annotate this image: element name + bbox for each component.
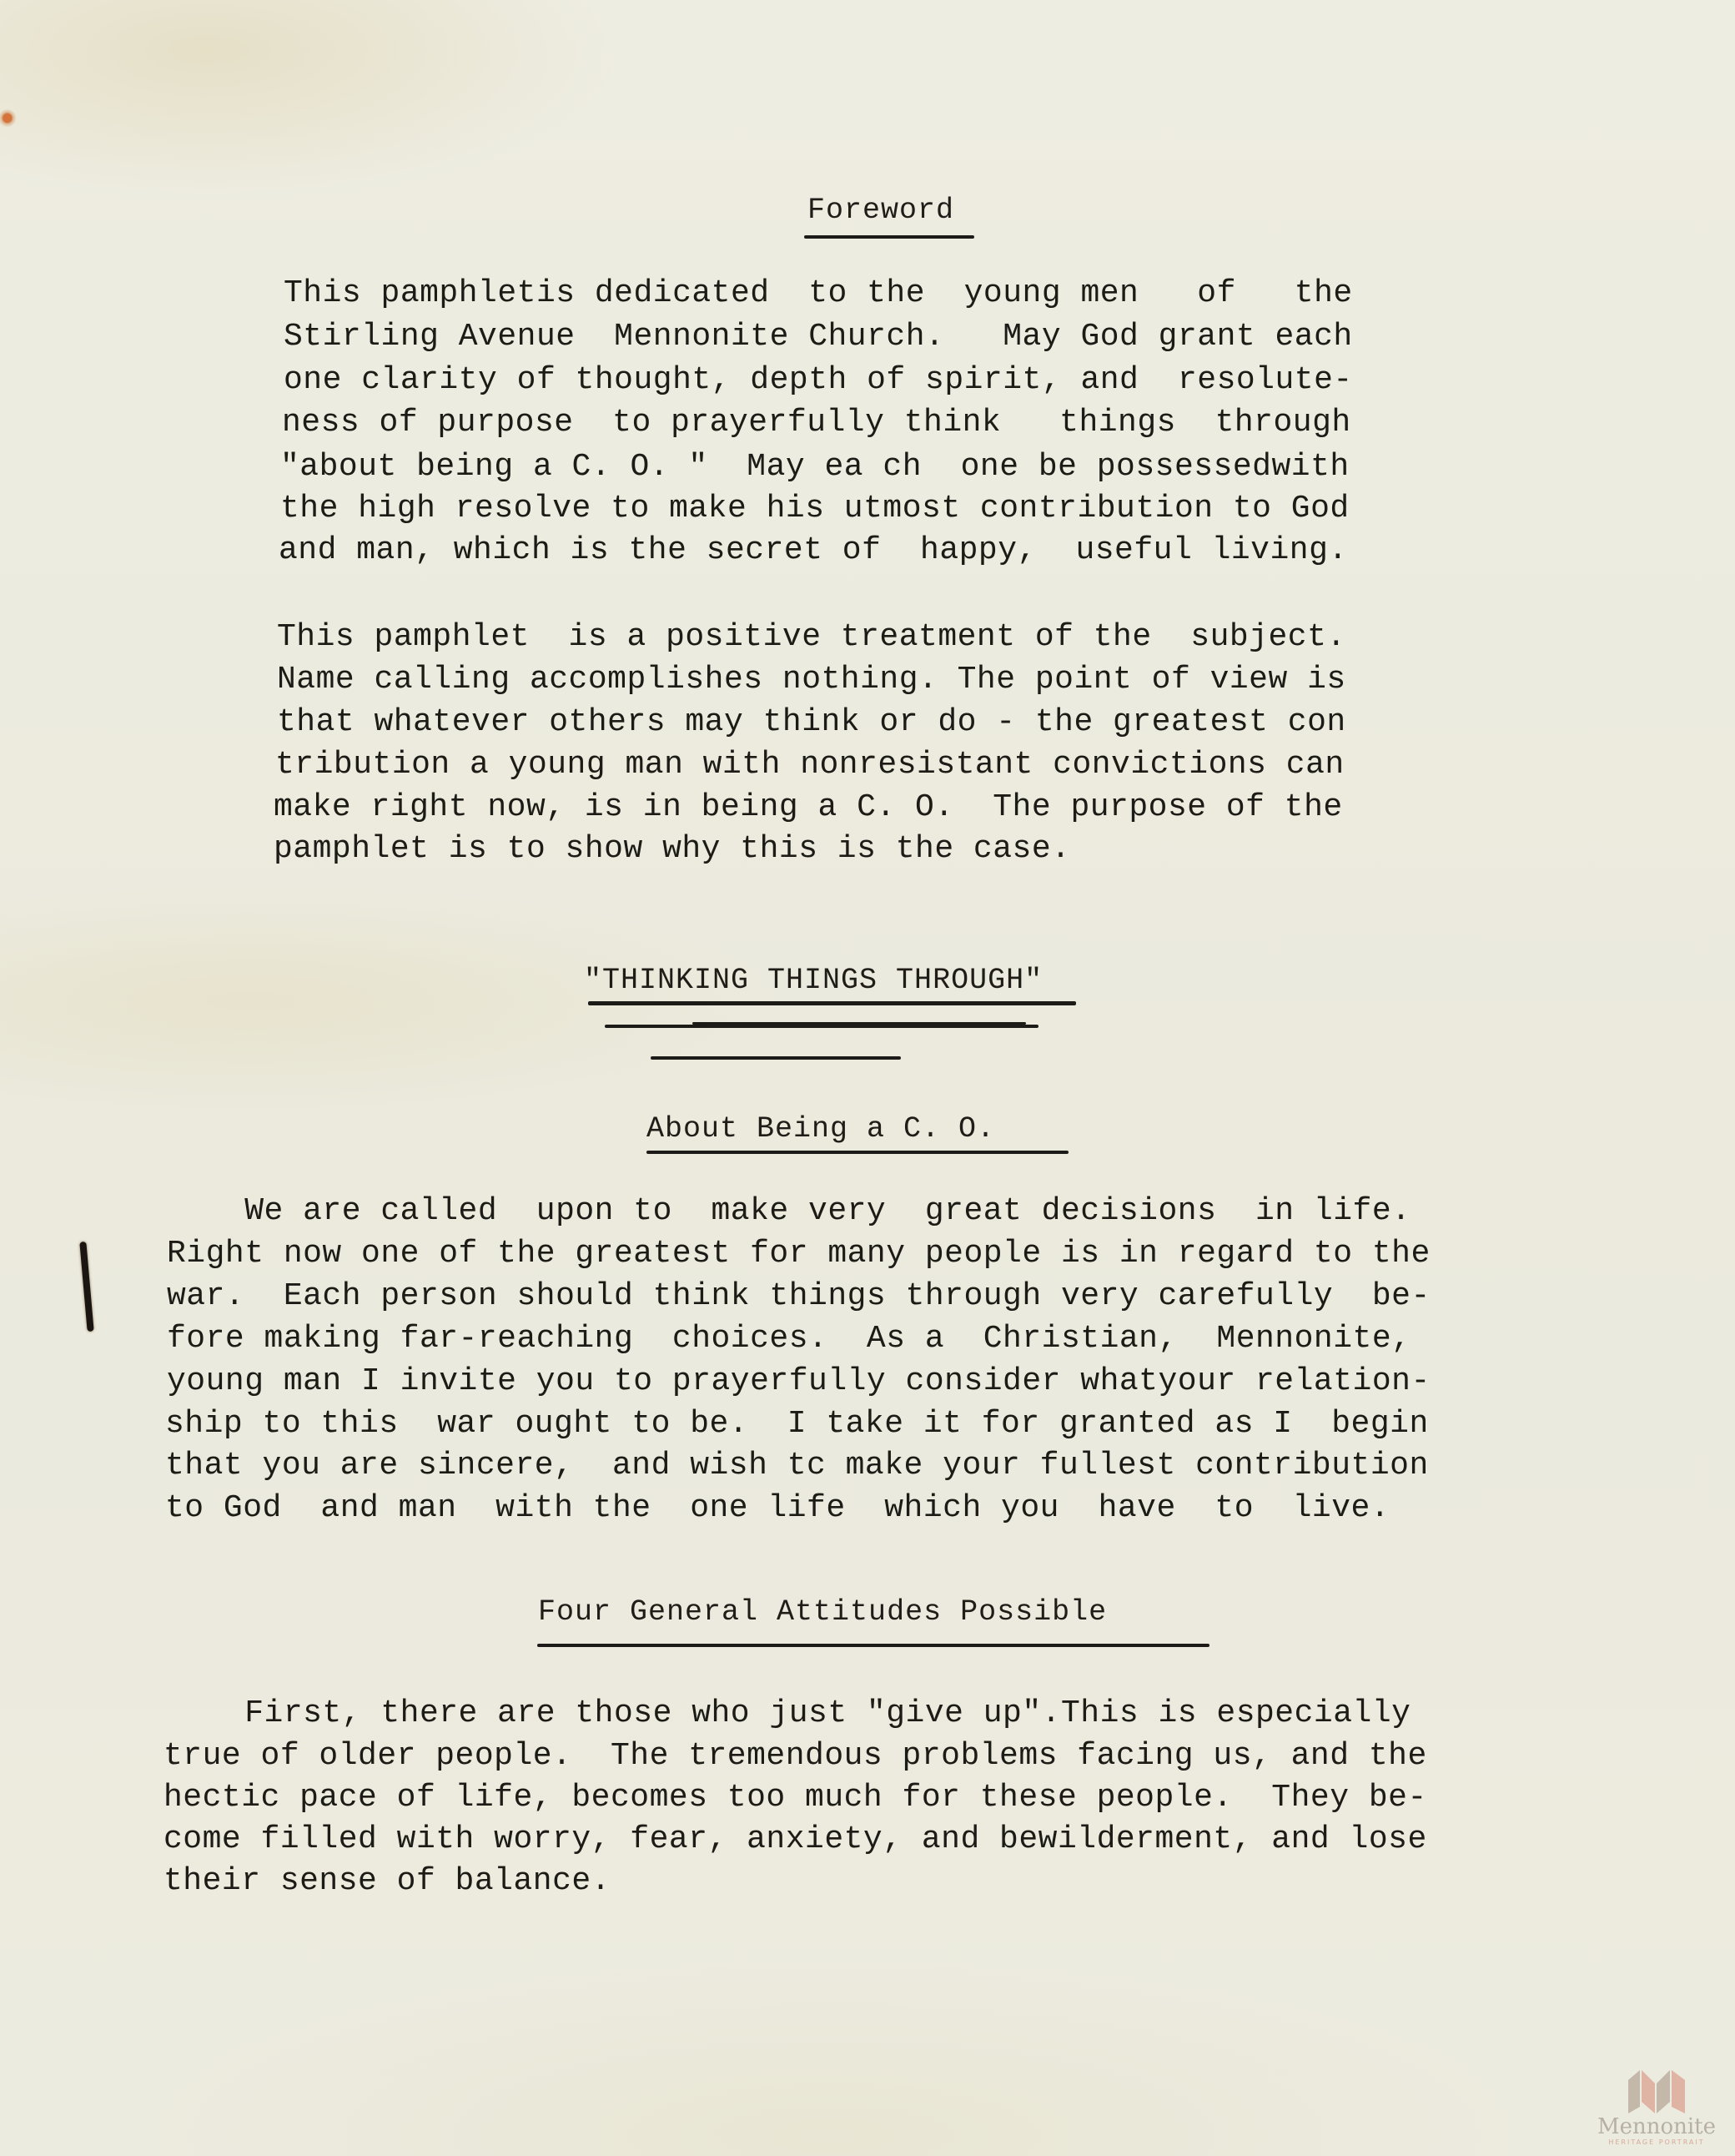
text-line: Name calling accomplishes nothing. The p…: [277, 662, 1346, 698]
text-line: tribution a young man with nonresistant …: [275, 747, 1345, 783]
text-line: First, there are those who just "give up…: [167, 1695, 1411, 1732]
rust-stain: [0, 107, 18, 132]
text-line: and man, which is the secret of happy, u…: [279, 532, 1348, 569]
mennonite-heritage-watermark: Mennonite HERITAGE PORTRAIT: [1590, 2068, 1723, 2146]
title-underline-1: [588, 1001, 1076, 1005]
text-line: war. Each person should think things thr…: [167, 1278, 1431, 1315]
text-line: ness of purpose to prayerfully think thi…: [282, 405, 1351, 441]
text-line: true of older people. The tremendous pro…: [163, 1738, 1427, 1775]
title-underline-4: [651, 1056, 901, 1060]
text-line: We are called upon to make very great de…: [167, 1193, 1411, 1230]
title-underline-3: [692, 1022, 1026, 1025]
text-line: ship to this war ought to be. I take it …: [165, 1406, 1429, 1443]
mennonite-logo-icon: [1627, 2068, 1687, 2113]
foreword-underline: [804, 235, 974, 239]
section-heading-underline: [646, 1151, 1069, 1154]
watermark-subtitle: HERITAGE PORTRAIT: [1590, 2138, 1723, 2146]
text-line: Right now one of the greatest for many p…: [167, 1236, 1431, 1272]
text-line: that you are sincere, and wish tc make y…: [165, 1448, 1429, 1484]
text-line: This pamphlet is a positive treatment of…: [277, 619, 1346, 656]
text-line: "about being a C. O. " May ea ch one be …: [280, 449, 1350, 486]
text-line: their sense of balance.: [163, 1863, 611, 1900]
text-line: pamphlet is to show why this is the case…: [274, 831, 1070, 868]
text-line: to God and man with the one life which y…: [165, 1490, 1390, 1527]
text-line: the high resolve to make his utmost cont…: [280, 491, 1350, 527]
watermark-name: Mennonite: [1590, 2115, 1723, 2138]
text-line: fore making far-reaching choices. As a C…: [167, 1321, 1411, 1358]
text-line: make right now, is in being a C. O. The …: [274, 789, 1343, 826]
text-line: come filled with worry, fear, anxiety, a…: [163, 1821, 1427, 1858]
section-heading-four-attitudes: Four General Attitudes Possible: [538, 1595, 1107, 1629]
section-heading-about-co: About Being a C. O.: [646, 1112, 995, 1146]
text-line: hectic pace of life, becomes too much fo…: [163, 1780, 1427, 1816]
text-line: This pamphletis dedicated to the young m…: [284, 275, 1353, 312]
text-line: that whatever others may think or do - t…: [277, 704, 1346, 741]
title-underline-2: [605, 1025, 1038, 1028]
text-line: Stirling Avenue Mennonite Church. May Go…: [284, 319, 1353, 355]
foreword-heading: Foreword: [807, 194, 954, 227]
main-title: "THINKING THINGS THROUGH": [584, 964, 1043, 997]
text-line: one clarity of thought, depth of spirit,…: [284, 362, 1353, 399]
text-line: young man I invite you to prayerfully co…: [167, 1363, 1431, 1400]
section-heading-underline: [537, 1644, 1209, 1647]
